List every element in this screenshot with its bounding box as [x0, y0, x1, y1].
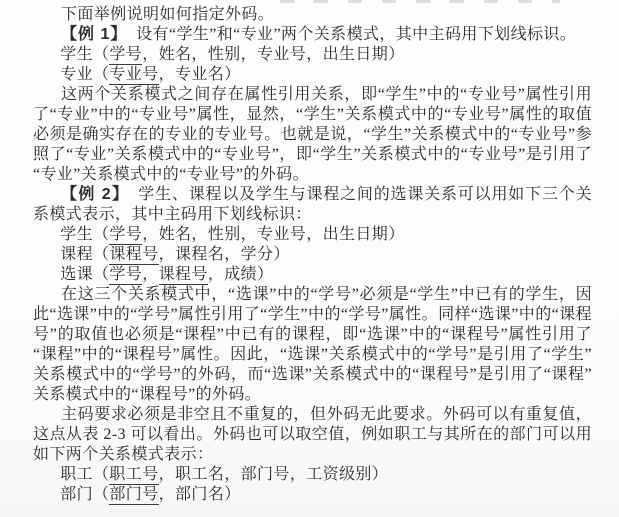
schema-student-ex2-name: 学生（: [60, 226, 109, 243]
example-1-label: 【例 1】: [61, 26, 127, 43]
example-1-text: 设有“学生”和“专业”两个关系模式，其中主码用下划线标识。: [136, 26, 576, 43]
schema-student-ex1-name: 学生（: [60, 46, 109, 63]
schema-department-attrs: ，部门名）: [159, 486, 241, 503]
schema-course: 课程（课程号，课程名，学分）: [33, 245, 592, 265]
schema-department: 部门（部门号，部门名）: [33, 485, 592, 505]
scan-crop-artifact: [280, 0, 560, 3]
intro-text: 下面举例说明如何指定外码。: [61, 6, 274, 23]
primary-key-underline: 学号: [109, 266, 142, 285]
schema-course-name: 课程（: [60, 246, 109, 263]
schema-enrollment-name: 选课（: [60, 266, 109, 283]
paragraph-2: 在这三个关系模式中，“选课”中的“学号”必须是“学生”中已有的学生，因此“选课”…: [33, 285, 592, 405]
schema-employee-name: 职工（: [60, 466, 109, 483]
schema-enrollment: 选课（学号，课程号，成绩）: [33, 265, 592, 285]
primary-key-underline: 学号: [109, 46, 142, 65]
schema-student-ex2: 学生（学号，姓名，性别，专业号，出生日期）: [33, 225, 592, 245]
schema-enrollment-separator: ，: [142, 266, 158, 283]
schema-student-ex2-attrs: ，姓名，性别，专业号，出生日期）: [142, 226, 404, 243]
schema-employee-attrs: ，职工名，部门号，工资级别）: [159, 466, 389, 483]
schema-course-attrs: ，课程名，学分）: [159, 246, 290, 263]
schema-department-name: 部门（: [60, 486, 109, 503]
primary-key-underline: 专业号: [109, 66, 158, 85]
example-2-paragraph: 【例 2】学生、课程以及学生与课程之间的选课关系可以用如下三个关系模式表示，其中…: [33, 185, 592, 225]
schema-employee: 职工（职工号，职工名，部门号，工资级别）: [33, 465, 592, 485]
intro-paragraph: 下面举例说明如何指定外码。: [33, 5, 592, 25]
primary-key-underline: 部门号: [109, 486, 158, 505]
textbook-page: 下面举例说明如何指定外码。 【例 1】设有“学生”和“专业”两个关系模式，其中主…: [0, 0, 619, 517]
primary-key-underline: 职工号: [109, 466, 158, 485]
schema-major: 专业（专业号，专业名）: [33, 65, 592, 85]
schema-major-attrs: ，专业名）: [159, 66, 241, 83]
primary-key-underline: 课程号: [159, 266, 208, 285]
primary-key-underline: 课程号: [109, 246, 158, 265]
example-2-label: 【例 2】: [61, 186, 129, 203]
paragraph-3: 主码要求必须是非空且不重复的，但外码无此要求。外码可以有重复值，这点从表 2-3…: [33, 405, 592, 465]
schema-student-ex1-attrs: ，姓名，性别，专业号，出生日期）: [142, 46, 404, 63]
example-1-paragraph: 【例 1】设有“学生”和“专业”两个关系模式，其中主码用下划线标识。: [33, 25, 592, 45]
primary-key-underline: 学号: [109, 226, 142, 245]
schema-student-ex1: 学生（学号，姓名，性别，专业号，出生日期）: [33, 45, 592, 65]
paragraph-1: 这两个关系模式之间存在属性引用关系，即“学生”中的“专业号”属性引用了“专业”中…: [33, 85, 592, 185]
schema-enrollment-attrs: ，成绩）: [208, 266, 274, 283]
schema-major-name: 专业（: [60, 66, 109, 83]
